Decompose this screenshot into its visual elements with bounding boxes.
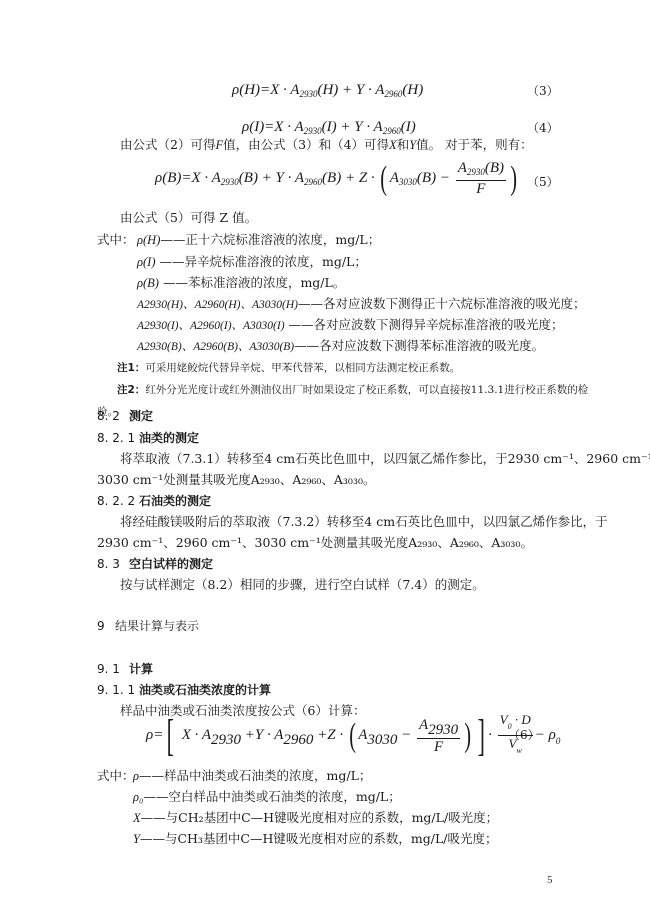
paragraph-8-2-1-line2: 3030 cm⁻¹处测量其吸光度A₂₉₃₀、A₂₉₆₀、A₃₀₃₀。	[97, 472, 375, 488]
defs-label: 式中：	[97, 232, 135, 248]
equation-number-4: （4）	[527, 119, 559, 136]
def-item: ρ₀——空白样品中油类或石油类的浓度，mg/L；	[133, 789, 401, 805]
section-heading-8-3: 8. 3空白试样的测定	[97, 556, 213, 572]
paragraph-8-3: 按与试样测定（8.2）相同的步骤，进行空白试样（7.4）的测定。	[120, 577, 485, 593]
equation-number-6: （6）	[508, 726, 540, 743]
equation-number-3: （3）	[527, 82, 559, 99]
paragraph-eq4-followup: 由公式（2）可得F值，由公式（3）和（4）可得X和Y值。 对于苯，则有：	[120, 137, 533, 153]
section-heading-9: 9结果计算与表示	[97, 618, 199, 634]
def-item: A2930(B)、A2960(B)、A3030(B)——各对应波数下测得苯标准溶…	[137, 338, 544, 355]
paragraph-8-2-2-line2: 2930 cm⁻¹、2960 cm⁻¹、3030 cm⁻¹处测量其吸光度A₂₉₃…	[97, 535, 533, 551]
section-heading-9-1: 9. 1计算	[97, 661, 153, 677]
def-item: ρ(H)——正十六烷标准溶液的浓度，mg/L；	[137, 232, 380, 248]
note-2: 注2：红外分光光度计或红外测油仪出厂时如果设定了校正系数，可以直接按11.3.1…	[117, 383, 588, 397]
fraction-a2930-over-f: A2930 F	[417, 717, 460, 755]
def-item: X——与CH₂基团中C—H键吸光度相对应的系数，mg/L/吸光度；	[133, 810, 498, 826]
note-1: 注1：可采用姥鲛烷代替异辛烷、甲苯代替苯，以相同方法测定校正系数。	[117, 361, 460, 375]
def-item: A2930(I)、A2960(I)、A3030(I) ——各对应波数下测得异辛烷…	[137, 317, 564, 334]
section-heading-9-1-1: 9. 1. 1油类或石油类浓度的计算	[97, 682, 271, 698]
section-heading-8-2-2: 8. 2. 2石油类的测定	[97, 493, 211, 509]
def-item: Y——与CH₃基团中C—H键吸光度相对应的系数，mg/L/吸光度；	[133, 831, 497, 847]
def-item: ρ(B) ——苯标准溶液的浓度，mg/L。	[137, 275, 345, 291]
equation-6: ρ=[ X · A2930 +Y · A2960 +Z · (A3030 − A…	[146, 712, 560, 759]
paragraph-8-2-2-line1: 将经硅酸镁吸附后的萃取液（7.3.2）转移至4 cm石英比色皿中，以四氯乙烯作参…	[120, 514, 608, 530]
def-item: ρ(I) ——异辛烷标准溶液的浓度，mg/L；	[137, 254, 367, 270]
fraction-a2930-over-f: A2930(B) F	[456, 160, 506, 197]
def-item: ρ——样品中油类或石油类的浓度，mg/L；	[133, 768, 371, 784]
equation-3: ρ(H)=X · A2930(H) + Y · A2960(H)	[232, 80, 423, 104]
paragraph-8-2-1-line1: 将萃取液（7.3.1）转移至4 cm石英比色皿中，以四氯乙烯作参比，于2930 …	[120, 451, 650, 467]
page-number: 5	[547, 874, 553, 886]
defs-label: 式中：	[97, 768, 135, 784]
equation-number-5: （5）	[527, 173, 559, 190]
equation-5: ρ(B)=X · A2930(B) + Y · A2960(B) + Z · (…	[155, 160, 519, 197]
section-heading-8-2: 8. 2测定	[97, 408, 153, 424]
paragraph-eq5-followup: 由公式（5）可得 Z 值。	[120, 210, 257, 226]
def-item: A2930(H)、A2960(H)、A3030(H)——各对应波数下测得正十六烷…	[137, 296, 585, 313]
section-heading-8-2-1: 8. 2. 1油类的测定	[97, 430, 199, 446]
